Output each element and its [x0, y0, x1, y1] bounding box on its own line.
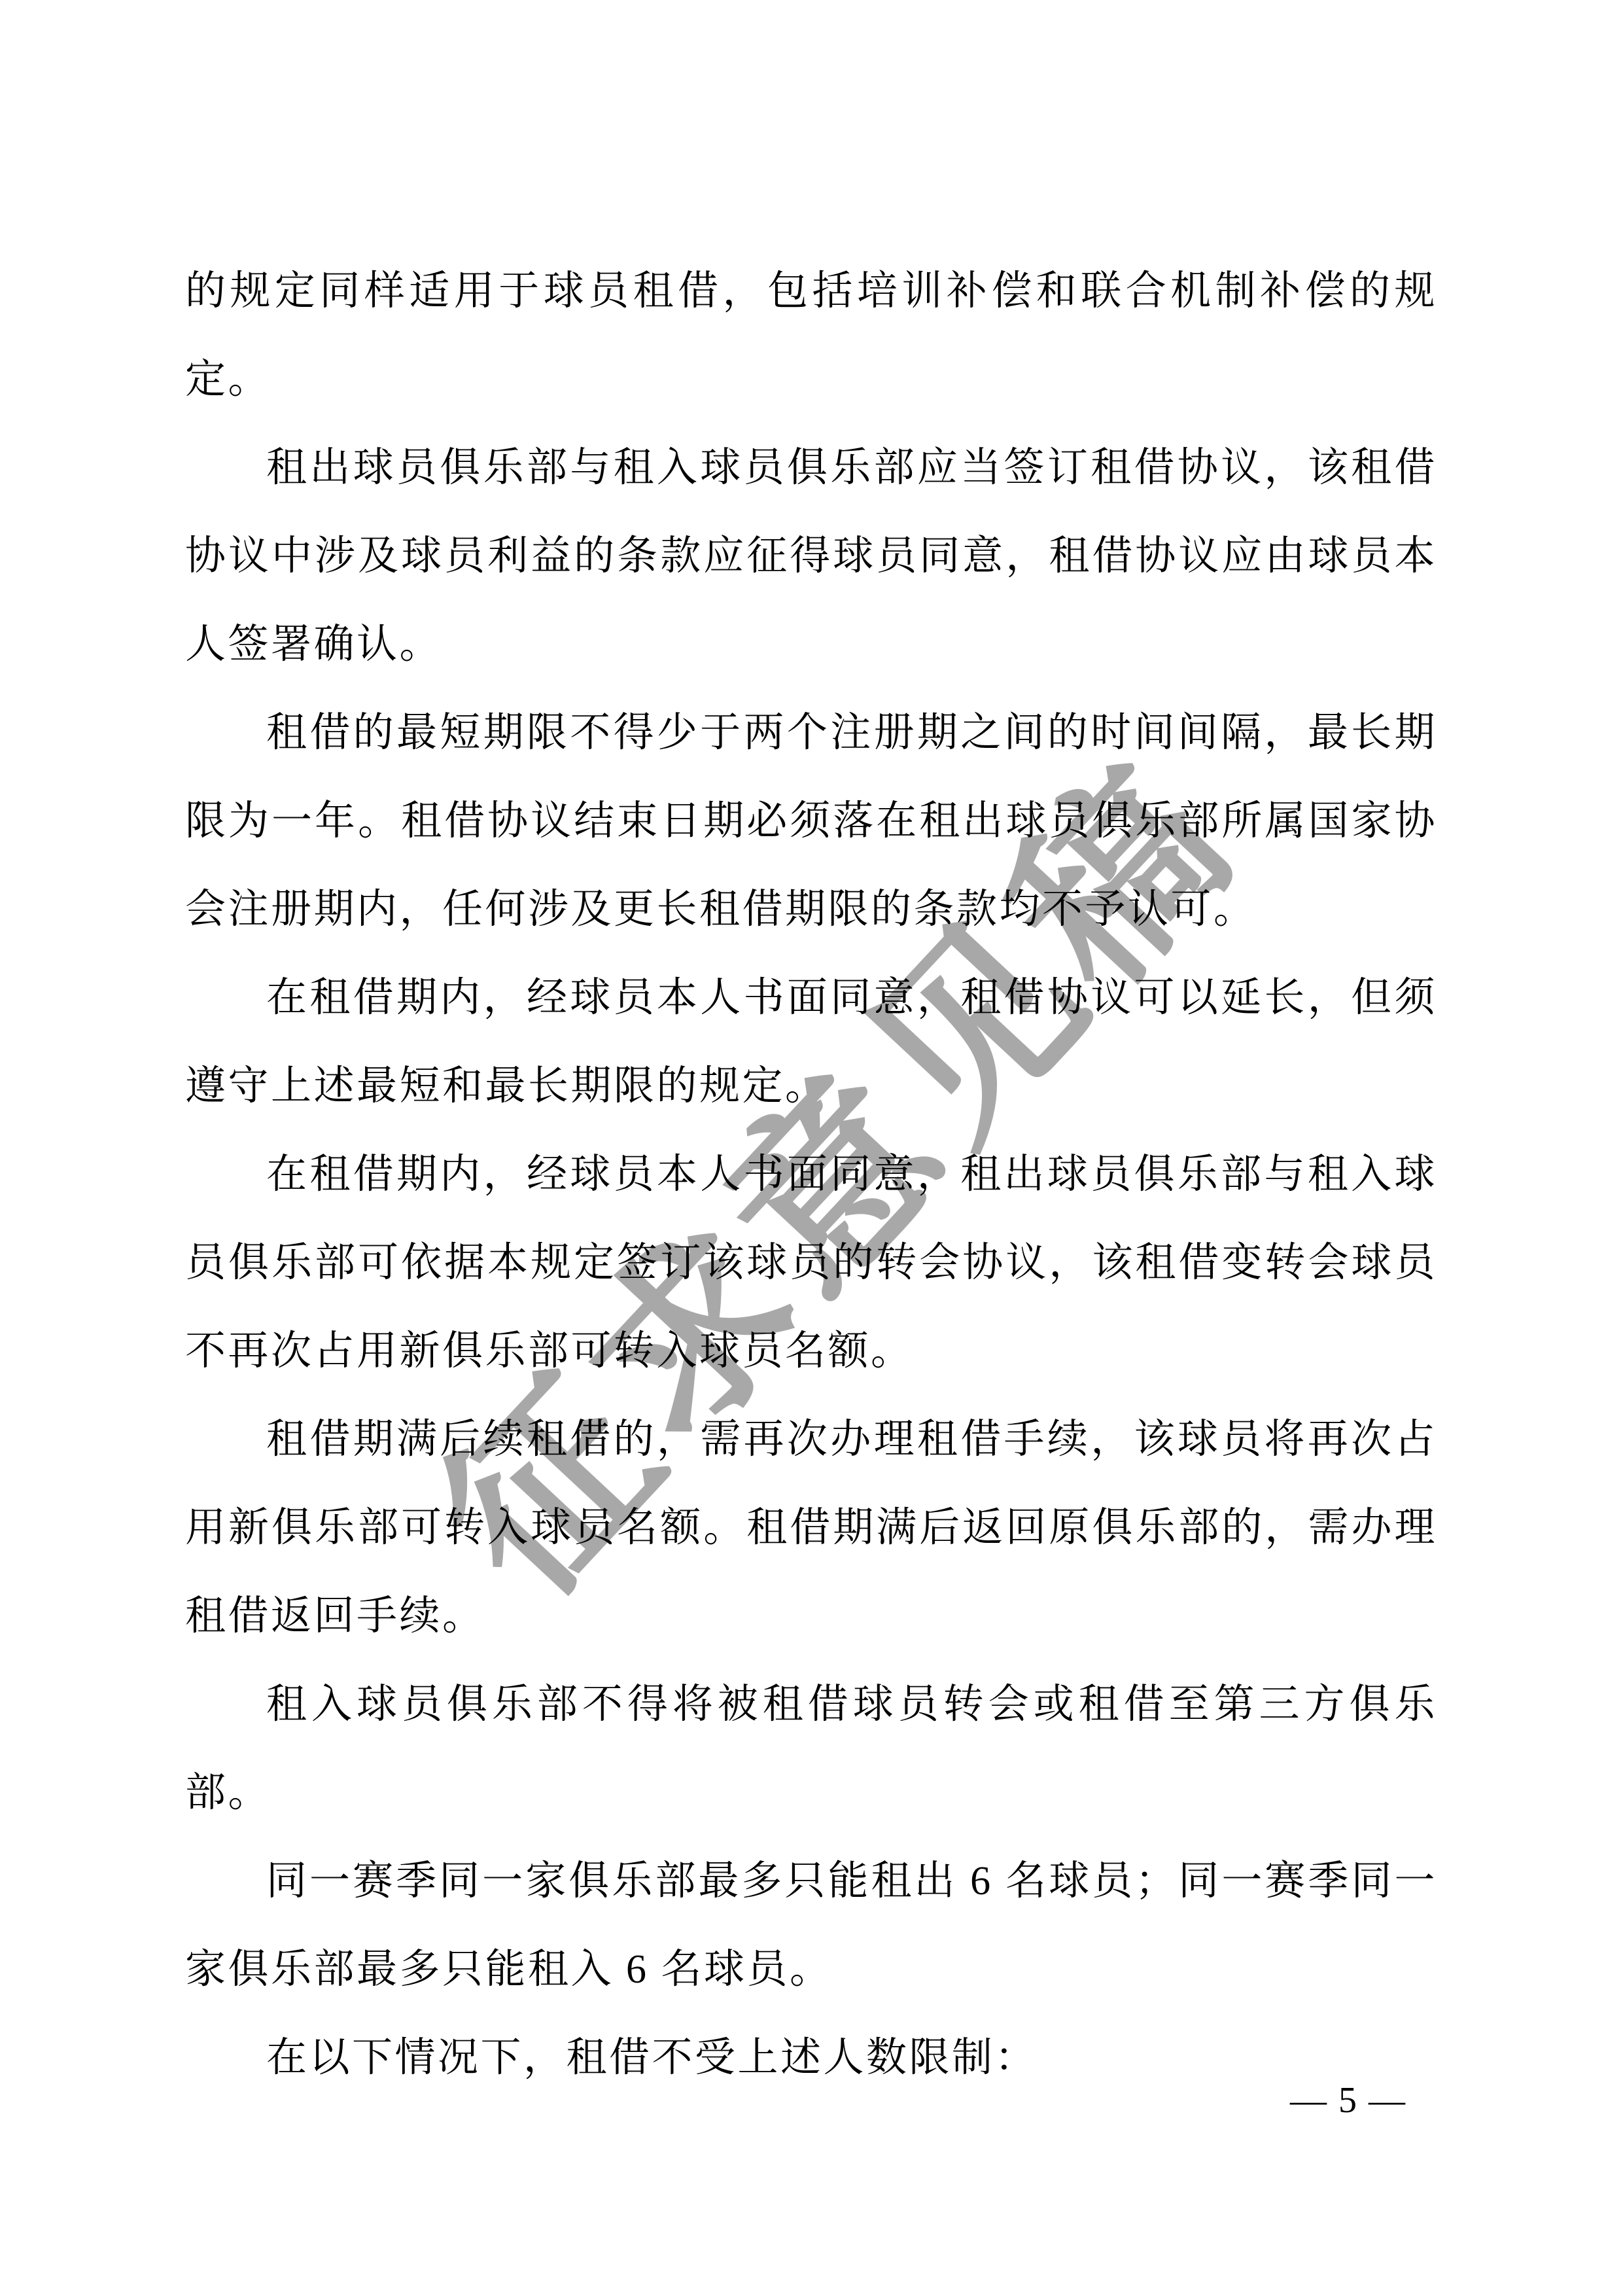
paragraph-7: 租入球员俱乐部不得将被租借球员转会或租借至第三方俱乐部。	[185, 1661, 1437, 1837]
paragraph-9: 在以下情况下，租借不受上述人数限制：	[185, 2014, 1437, 2102]
paragraph-8: 同一赛季同一家俱乐部最多只能租出 6 名球员；同一赛季同一家俱乐部最多只能租入 …	[185, 1837, 1437, 2014]
paragraph-3: 租借的最短期限不得少于两个注册期之间的时间间隔，最长期限为一年。租借协议结束日期…	[185, 689, 1437, 954]
page-number: — 5 —	[1290, 2079, 1406, 2121]
document-body: 的规定同样适用于球员租借，包括培训补偿和联合机制补偿的规定。租出球员俱乐部与租入…	[185, 247, 1437, 2102]
paragraph-5: 在租借期内，经球员本人书面同意，租出球员俱乐部与租入球员俱乐部可依据本规定签订该…	[185, 1131, 1437, 1396]
paragraph-1: 的规定同样适用于球员租借，包括培训补偿和联合机制补偿的规定。	[185, 247, 1437, 424]
paragraph-2: 租出球员俱乐部与租入球员俱乐部应当签订租借协议，该租借协议中涉及球员利益的条款应…	[185, 424, 1437, 689]
paragraph-6: 租借期满后续租借的，需再次办理租借手续，该球员将再次占用新俱乐部可转入球员名额。…	[185, 1396, 1437, 1661]
document-page: 征求意见稿 的规定同样适用于球员租借，包括培训补偿和联合机制补偿的规定。租出球员…	[0, 0, 1623, 2296]
paragraph-4: 在租借期内，经球员本人书面同意，租借协议可以延长，但须遵守上述最短和最长期限的规…	[185, 954, 1437, 1131]
